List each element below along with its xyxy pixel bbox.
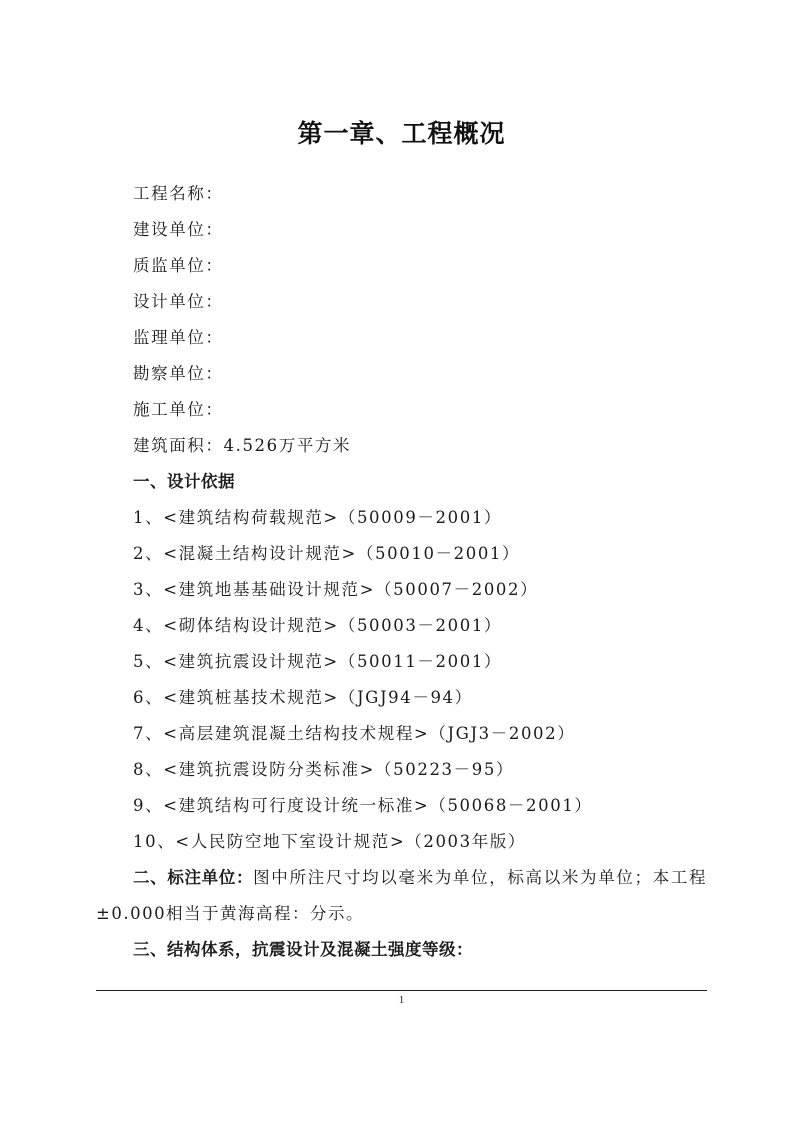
project-info-designer: 设计单位： (96, 284, 707, 320)
design-basis-item: 4、<砌体结构设计规范>（50003－2001） (96, 608, 707, 644)
project-info-label: 工程名称： (133, 184, 224, 203)
project-info-value: 4.526万平方米 (224, 436, 352, 455)
project-info-name: 工程名称： (96, 176, 707, 212)
section-heading-design-basis: 一、设计依据 (96, 464, 707, 500)
design-basis-item: 7、<高层建筑混凝土结构技术规程>（JGJ3－2002） (96, 716, 707, 752)
project-info-label: 施工单位： (133, 400, 224, 419)
design-basis-item: 8、<建筑抗震设防分类标准>（50223－95） (96, 752, 707, 788)
project-info-building-area: 建筑面积：4.526万平方米 (96, 428, 707, 464)
project-info-label: 监理单位： (133, 328, 224, 347)
document-body: 工程名称： 建设单位： 质监单位： 设计单位： 监理单位： 勘察单位： 施工单位… (96, 176, 707, 968)
page-number: 1 (96, 993, 707, 1007)
design-basis-item: 3、<建筑地基基础设计规范>（50007－2002） (96, 572, 707, 608)
project-info-label: 勘察单位： (133, 364, 224, 383)
project-info-quality-supervision: 质监单位： (96, 248, 707, 284)
design-basis-item: 6、<建筑桩基技术规范>（JGJ94－94） (96, 680, 707, 716)
section-heading-dimension-units: 二、标注单位： (133, 868, 253, 887)
project-info-supervisor: 监理单位： (96, 320, 707, 356)
section-heading-structural-system: 三、结构体系，抗震设计及混凝土强度等级： (96, 932, 707, 968)
section-dimension-units: 二、标注单位：图中所注尺寸均以毫米为单位，标高以米为单位；本工程±0.000相当… (96, 860, 707, 932)
project-info-surveyor: 勘察单位： (96, 356, 707, 392)
project-info-label: 建筑面积： (133, 436, 224, 455)
design-basis-item: 9、<建筑结构可行度设计统一标准>（50068－2001） (96, 788, 707, 824)
project-info-label: 设计单位： (133, 292, 224, 311)
chapter-title: 第一章、工程概况 (96, 116, 707, 152)
project-info-label: 建设单位： (133, 220, 224, 239)
design-basis-item: 1、<建筑结构荷载规范>（50009－2001） (96, 500, 707, 536)
design-basis-item: 10、<人民防空地下室设计规范>（2003年版） (96, 824, 707, 860)
design-basis-item: 2、<混凝土结构设计规范>（50010－2001） (96, 536, 707, 572)
project-info-owner: 建设单位： (96, 212, 707, 248)
design-basis-item: 5、<建筑抗震设计规范>（50011－2001） (96, 644, 707, 680)
project-info-label: 质监单位： (133, 256, 224, 275)
footer-divider (96, 990, 707, 991)
project-info-contractor: 施工单位： (96, 392, 707, 428)
